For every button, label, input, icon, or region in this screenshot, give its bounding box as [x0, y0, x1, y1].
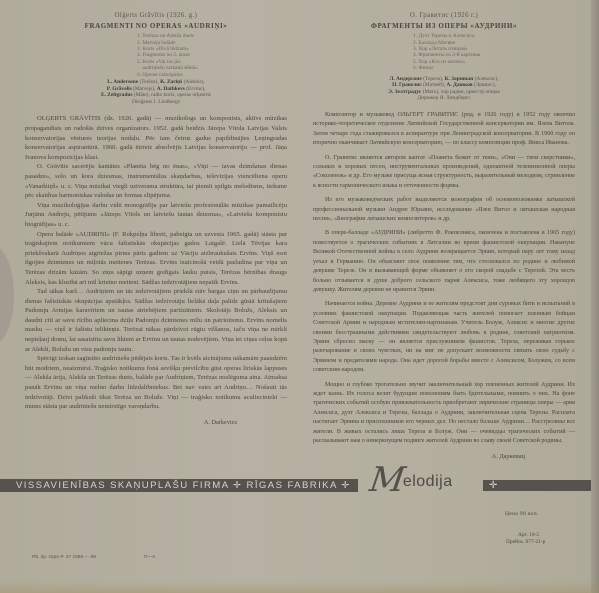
- banner-right-cross: ✛: [483, 480, 593, 491]
- track-item: 6. Operas nobeigums: [137, 72, 287, 78]
- cast-role: (Матвей),: [423, 82, 445, 88]
- paragraph: Spēcīgi izskan sagūstīto audriniešu pēdē…: [25, 354, 287, 412]
- latvian-cast: L. Andersone (Terēza), K. Zariņš (Aleksi…: [25, 79, 287, 105]
- cast-role: (Ervīns),: [186, 86, 205, 92]
- russian-cast: Л. Андерсоне (Тереза), К. Заринын (Алекс…: [313, 76, 575, 102]
- latvian-conductor: Diriģents J. Lindbergs: [25, 99, 287, 106]
- sleeve-shadow: [0, 245, 14, 345]
- cast-role: (Terēza),: [139, 79, 158, 85]
- russian-column: О. Гравитис (1926 г.) ФРАГМЕНТЫ ИЗ ОПЕРЫ…: [313, 0, 575, 462]
- latvian-body: OLĢERTS GRĀVĪTIS (dz. 1926. gadā) — muzi…: [25, 114, 287, 411]
- cast-role: (Тереза),: [423, 76, 443, 82]
- latvian-track-list: 1. Terēzas un Alekša duets 2. Matveja ba…: [137, 33, 287, 78]
- paragraph: Opera balāde «AUDRIŅI» (F. Rokpeļņa libr…: [25, 230, 287, 288]
- cast-role: (Алексис),: [475, 76, 499, 82]
- latvian-composer: Olģerts Grāvītis (1926. g.): [25, 11, 287, 21]
- russian-track-list: 1. Дуэт Терезы и Алексиса 2. Баллада Мат…: [413, 33, 575, 71]
- russian-composer: О. Гравитис (1926 г.): [313, 11, 575, 21]
- russian-title: ФРАГМЕНТЫ ИЗ ОПЕРЫ «АУДРИНИ»: [313, 22, 575, 32]
- cast-role: (Эрвинс),: [474, 82, 496, 88]
- cast-role: (Мать), хор радио, оркестр оперы: [423, 89, 500, 95]
- cast-role: (Māte), radio koris, operas orķestris: [134, 92, 211, 98]
- latvian-header: Olģerts Grāvītis (1926. g.) FRAGMENTI NO…: [25, 11, 287, 31]
- paragraph: Viņa muzikoloģijas darbu vidū monogrāfij…: [25, 201, 287, 230]
- russian-body: Композитор и музыковед ОЛЬГЕРТ ГРАВИТИС …: [313, 111, 575, 446]
- latvian-title: FRAGMENTI NO OPERAS «AUDRIŅI»: [25, 22, 287, 32]
- logo-text: elodija: [403, 473, 453, 490]
- cast-name: Л. Андерсоне: [389, 76, 421, 82]
- print-info: Rb. tip. Ogre P. 47 1966 — 69: [32, 555, 96, 560]
- melodija-logo: Melodija: [370, 462, 453, 498]
- cast-name: A. Dathkevs: [157, 86, 185, 92]
- paragraph: Мощно и глубоко трогательно звучит заклю…: [313, 381, 575, 447]
- cast-name: П. Гравелис: [392, 82, 422, 88]
- paragraph: Из его музыковедческих работ выделяются …: [313, 196, 575, 224]
- cast-name: К. Заринын: [445, 76, 474, 82]
- cast-role: (Aleksis),: [184, 79, 205, 85]
- cast-name: Э. Зелтградус: [388, 89, 421, 95]
- record-sleeve-back: Olģerts Grāvītis (1926. g.) FRAGMENTI NO…: [0, 0, 599, 593]
- paragraph: Композитор и музыковед ОЛЬГЕРТ ГРАВИТИС …: [313, 111, 575, 149]
- cast-name: E. Zeltgradus: [101, 92, 132, 98]
- russian-author: А. Даркевиц: [313, 452, 525, 462]
- paragraph: Начинается война. Деревне Аудрини и ее ж…: [313, 300, 575, 375]
- cast-name: L. Andersone: [107, 79, 138, 85]
- sleeve-edge: [591, 0, 599, 593]
- paragraph: В опере-балладе «АУДРИНИ» (либретто Ф. Р…: [313, 229, 575, 295]
- paragraph: Tad sākas karš… Audriņiem un tās iedzīvo…: [25, 287, 287, 354]
- cast-name: А. Дашков: [447, 82, 473, 88]
- paragraph: O. Grāvītis sacerējis kantātes «Planēta …: [25, 162, 287, 200]
- paragraph: О. Гравитис является автором кантат «Пла…: [313, 154, 575, 192]
- cast-name: K. Zariņš: [160, 79, 182, 85]
- price-label: Цена 90 коп.: [505, 511, 539, 517]
- print-code: П—4: [144, 555, 155, 560]
- pricelist-number: Прейск. 077-21-р: [506, 539, 545, 546]
- catalog-info: Арт. 10-5 Прейск. 077-21-р: [506, 532, 545, 546]
- label-banner: VISSAVIENĪBAS SKAŅUPLAŠU FIRMA ✛ RĪGAS F…: [0, 477, 593, 494]
- cast-role: (Matvejs),: [133, 86, 155, 92]
- track-item: 6. Финал: [413, 65, 575, 71]
- banner-left-text: VISSAVIENĪBAS SKAŅUPLAŠU FIRMA ✛ RĪGAS F…: [0, 479, 358, 492]
- cast-name: P. Grāvelis: [107, 86, 132, 92]
- latvian-column: Olģerts Grāvītis (1926. g.) FRAGMENTI NO…: [25, 0, 287, 427]
- logo-initial: M: [367, 462, 407, 498]
- russian-conductor: Дирижер Я. Линдбергс: [313, 95, 575, 102]
- paragraph: OLĢERTS GRĀVĪTIS (dz. 1926. gadā) — muzi…: [25, 114, 287, 162]
- latvian-author: A. Darkevics: [25, 418, 237, 428]
- russian-header: О. Гравитис (1926 г.) ФРАГМЕНТЫ ИЗ ОПЕРЫ…: [313, 11, 575, 31]
